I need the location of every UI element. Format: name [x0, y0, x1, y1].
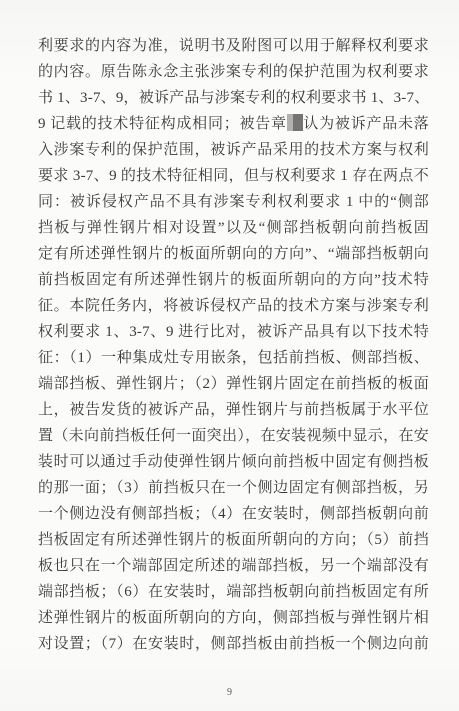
text-line: 的那一面；（3）前挡板只在一个侧边固定有侧部挡板，另: [38, 475, 429, 501]
text-line: 权利要求 1、3-7、9 进行比对，被诉产品具有以下技术特: [38, 319, 429, 345]
text-line: 利要求的内容为准，说明书及附图可以用于解释权利要求: [38, 33, 429, 59]
text-line: 9 记载的技术特征构成相同；被告章认为被诉产品未落: [38, 111, 429, 137]
body-text-block: 利要求的内容为准，说明书及附图可以用于解释权利要求的内容。原告陈永念主张涉案专利…: [38, 33, 429, 657]
text-line: 前挡板固定有所述弹性钢片的板面所朝向的方向”技术特: [38, 267, 429, 293]
page-number: 9: [0, 687, 459, 698]
text-line: 上，被告发货的被诉产品，弹性钢片与前挡板属于水平位: [38, 397, 429, 423]
text-line: 入涉案专利的保护范围，被诉产品采用的技术方案与权利: [38, 137, 429, 163]
document-page: 利要求的内容为准，说明书及附图可以用于解释权利要求的内容。原告陈永念主张涉案专利…: [0, 0, 459, 711]
text-line: 要求 3-7、9 的技术特征相同，但与权利要求 1 存在两点不: [38, 163, 429, 189]
text-line: 征：（1）一种集成灶专用嵌条，包括前挡板、侧部挡板、: [38, 345, 429, 371]
text-line: 置（未向前挡板任何一面突出），在安装视频中显示，在安: [38, 423, 429, 449]
text-line: 征。本院任务内，将被诉侵权产品的技术方案与涉案专利: [38, 293, 429, 319]
text-line: 挡板固定有所述弹性钢片的板面所朝向的方向；（5）前挡: [38, 527, 429, 553]
text-line: 述弹性钢片的板面所朝向的方向，侧部挡板与弹性钢片相: [38, 605, 429, 631]
redaction-box: [287, 114, 303, 131]
text-line: 的内容。原告陈永念主张涉案专利的保护范围为权利要求: [38, 59, 429, 85]
text-line: 一个侧边没有侧部挡板；（4）在安装时，侧部挡板朝向前: [38, 501, 429, 527]
text-line: 同：被诉侵权产品不具有涉案专利权利要求 1 中的“侧部: [38, 189, 429, 215]
text-line: 端部挡板；（6）在安装时，端部挡板朝向前挡板固定有所: [38, 579, 429, 605]
text-line: 书 1、3-7、9，被诉产品与涉案专利的权利要求书 1、3-7、: [38, 85, 429, 111]
text-line: 板也只在一个端部固定所述的端部挡板，另一个端部没有: [38, 553, 429, 579]
text-line: 装时可以通过手动使弹性钢片倾向前挡板中固定有侧挡板: [38, 449, 429, 475]
text-line: 挡板与弹性钢片相对设置”以及“侧部挡板朝向前挡板固: [38, 215, 429, 241]
text-line: 对设置；（7）在安装时，侧部挡板由前挡板一个侧边向前: [38, 631, 429, 657]
text-line: 定有所述弹性钢片的板面所朝向的方向”、“端部挡板朝向: [38, 241, 429, 267]
text-line: 端部挡板、弹性钢片；（2）弹性钢片固定在前挡板的板面: [38, 371, 429, 397]
